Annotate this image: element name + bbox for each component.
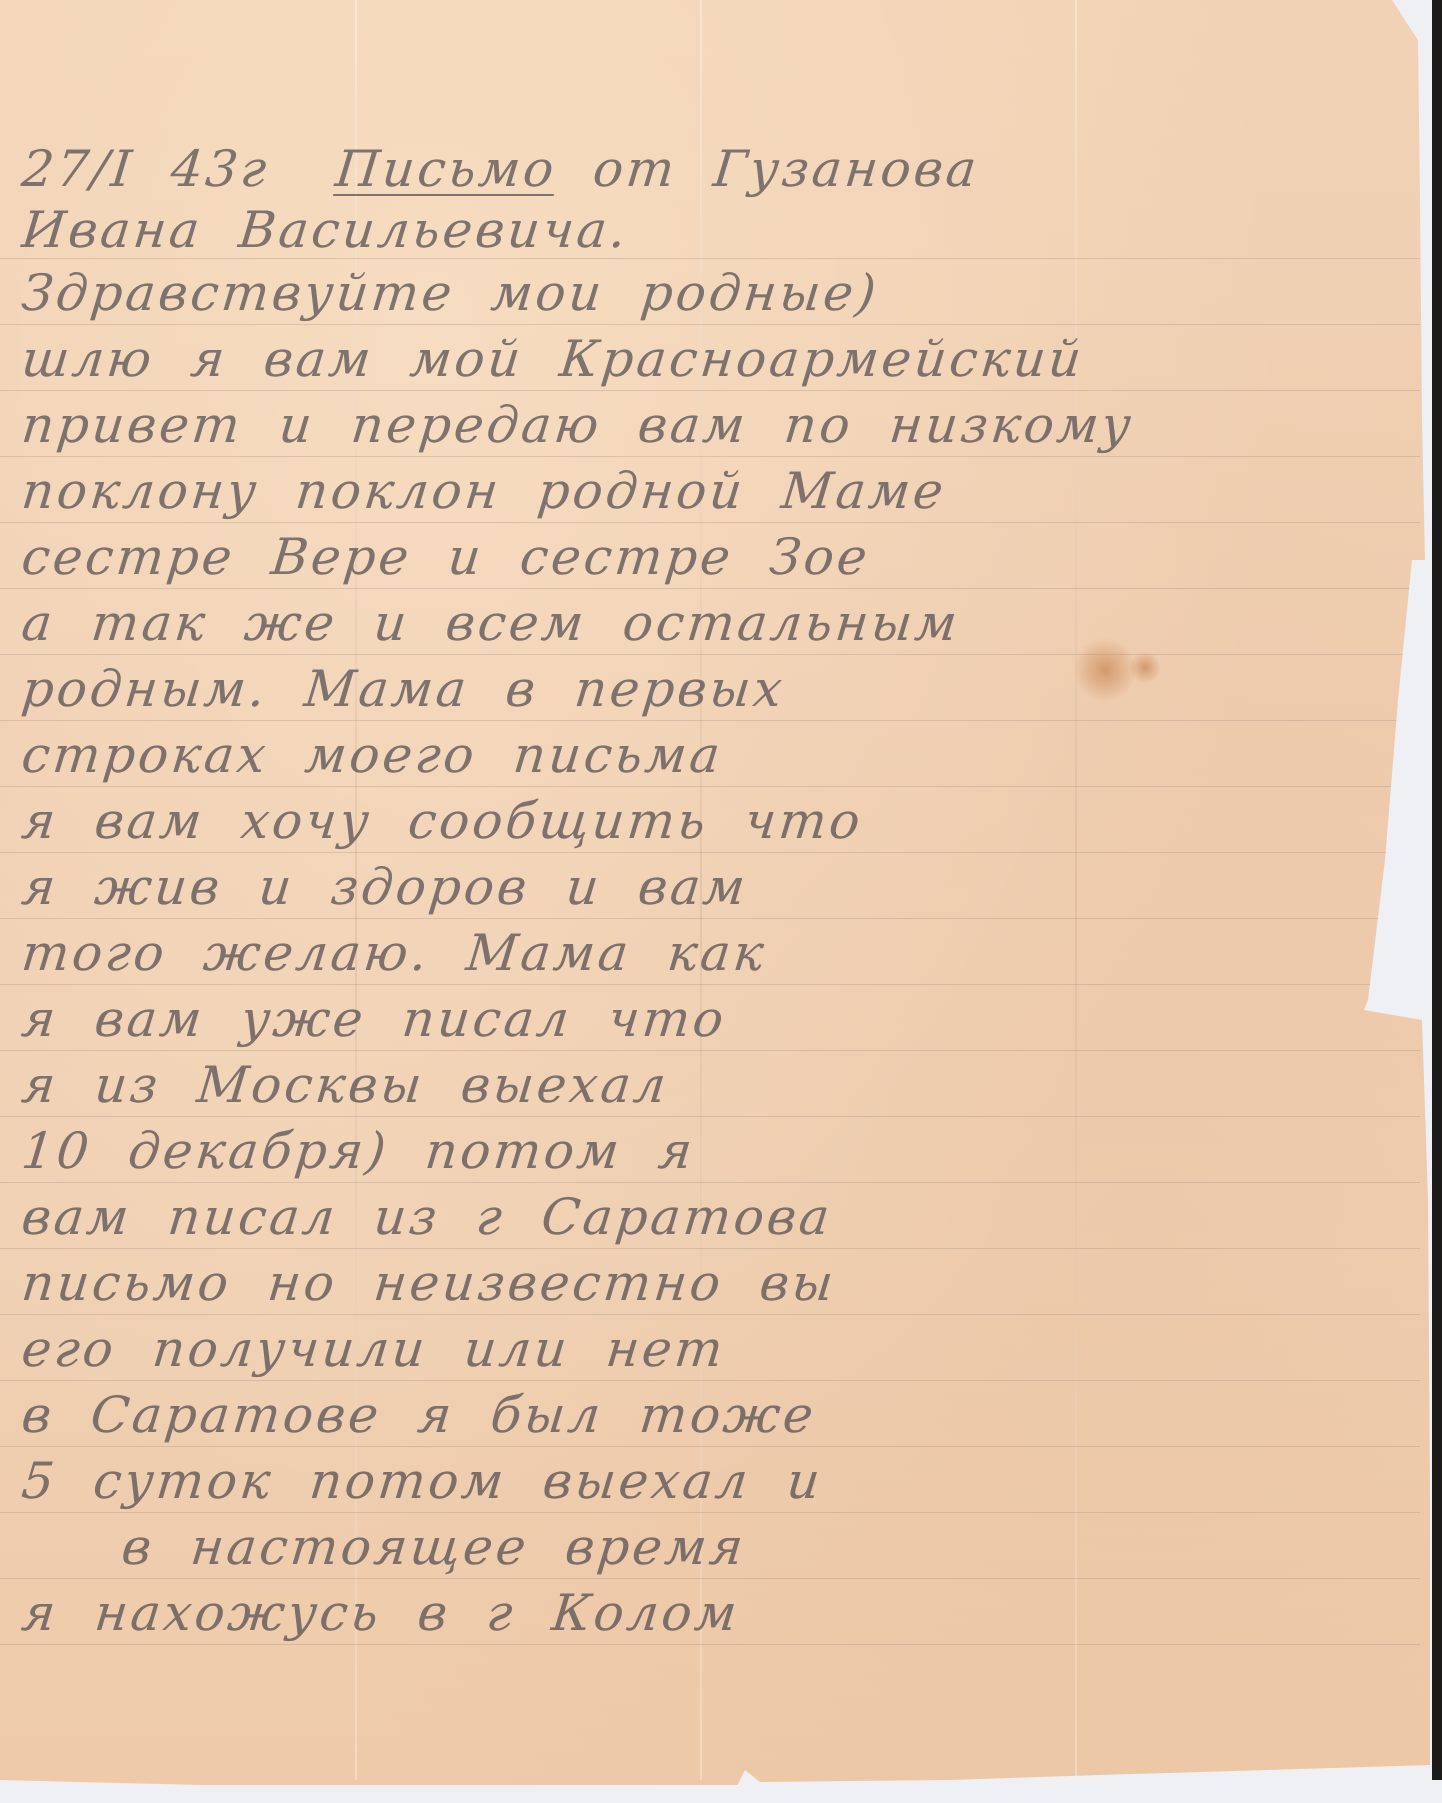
- letter-line: в настоящее время: [19, 1514, 1416, 1580]
- letter-from: от Гузанова: [590, 140, 982, 198]
- letter-date: 27/I 43г: [19, 140, 272, 198]
- letter-line: сестре Вере и сестре Зое: [19, 524, 1416, 590]
- letter-line: в Саратове я был тоже: [19, 1382, 1416, 1448]
- letter-line: родным. Мама в первых: [19, 656, 1416, 722]
- letter-line: я нахожусь в г Колом: [19, 1580, 1416, 1646]
- letter-line: поклону поклон родной Маме: [19, 458, 1416, 524]
- letter-line: его получили или нет: [19, 1316, 1416, 1382]
- letter-line: я из Москвы выехал: [19, 1052, 1416, 1118]
- letter-line: строках моего письма: [19, 722, 1416, 788]
- letter-line: Здравствуйте мои родные): [19, 260, 1416, 326]
- letter-line: вам писал из г Саратова: [19, 1184, 1416, 1250]
- letter-line: того желаю. Мама как: [19, 920, 1416, 986]
- letter-title: Письмо: [333, 140, 560, 198]
- letter-line: шлю я вам мой Красноармейский: [19, 326, 1416, 392]
- letter-line: а так же и всем остальным: [19, 590, 1416, 656]
- letter-text: 27/I 43г Письмо от Гузанова Ивана Василь…: [22, 138, 1412, 1646]
- letter-paper: 27/I 43г Письмо от Гузанова Ивана Василь…: [0, 0, 1432, 1785]
- letter-line: я вам уже писал что: [19, 986, 1416, 1052]
- letter-line: 10 декабря) потом я: [19, 1118, 1416, 1184]
- letter-line: 5 суток потом выехал и: [19, 1448, 1416, 1514]
- letter-line: я вам хочу сообщить что: [19, 788, 1416, 854]
- letter-line: письмо но неизвестно вы: [19, 1250, 1416, 1316]
- letter-body: Здравствуйте мои родные)шлю я вам мой Кр…: [22, 260, 1412, 1646]
- letter-author-line: Ивана Васильевича.: [19, 200, 1415, 260]
- letter-line: привет и передаю вам по низкому: [19, 392, 1416, 458]
- scan-background-edge: [1432, 0, 1442, 1780]
- scanned-page: 27/I 43г Письмо от Гузанова Ивана Василь…: [0, 0, 1442, 1803]
- letter-line: я жив и здоров и вам: [19, 854, 1416, 920]
- letter-header-line: 27/I 43г Письмо от Гузанова: [19, 138, 1416, 200]
- letter-author: Ивана Васильевича.: [19, 201, 632, 259]
